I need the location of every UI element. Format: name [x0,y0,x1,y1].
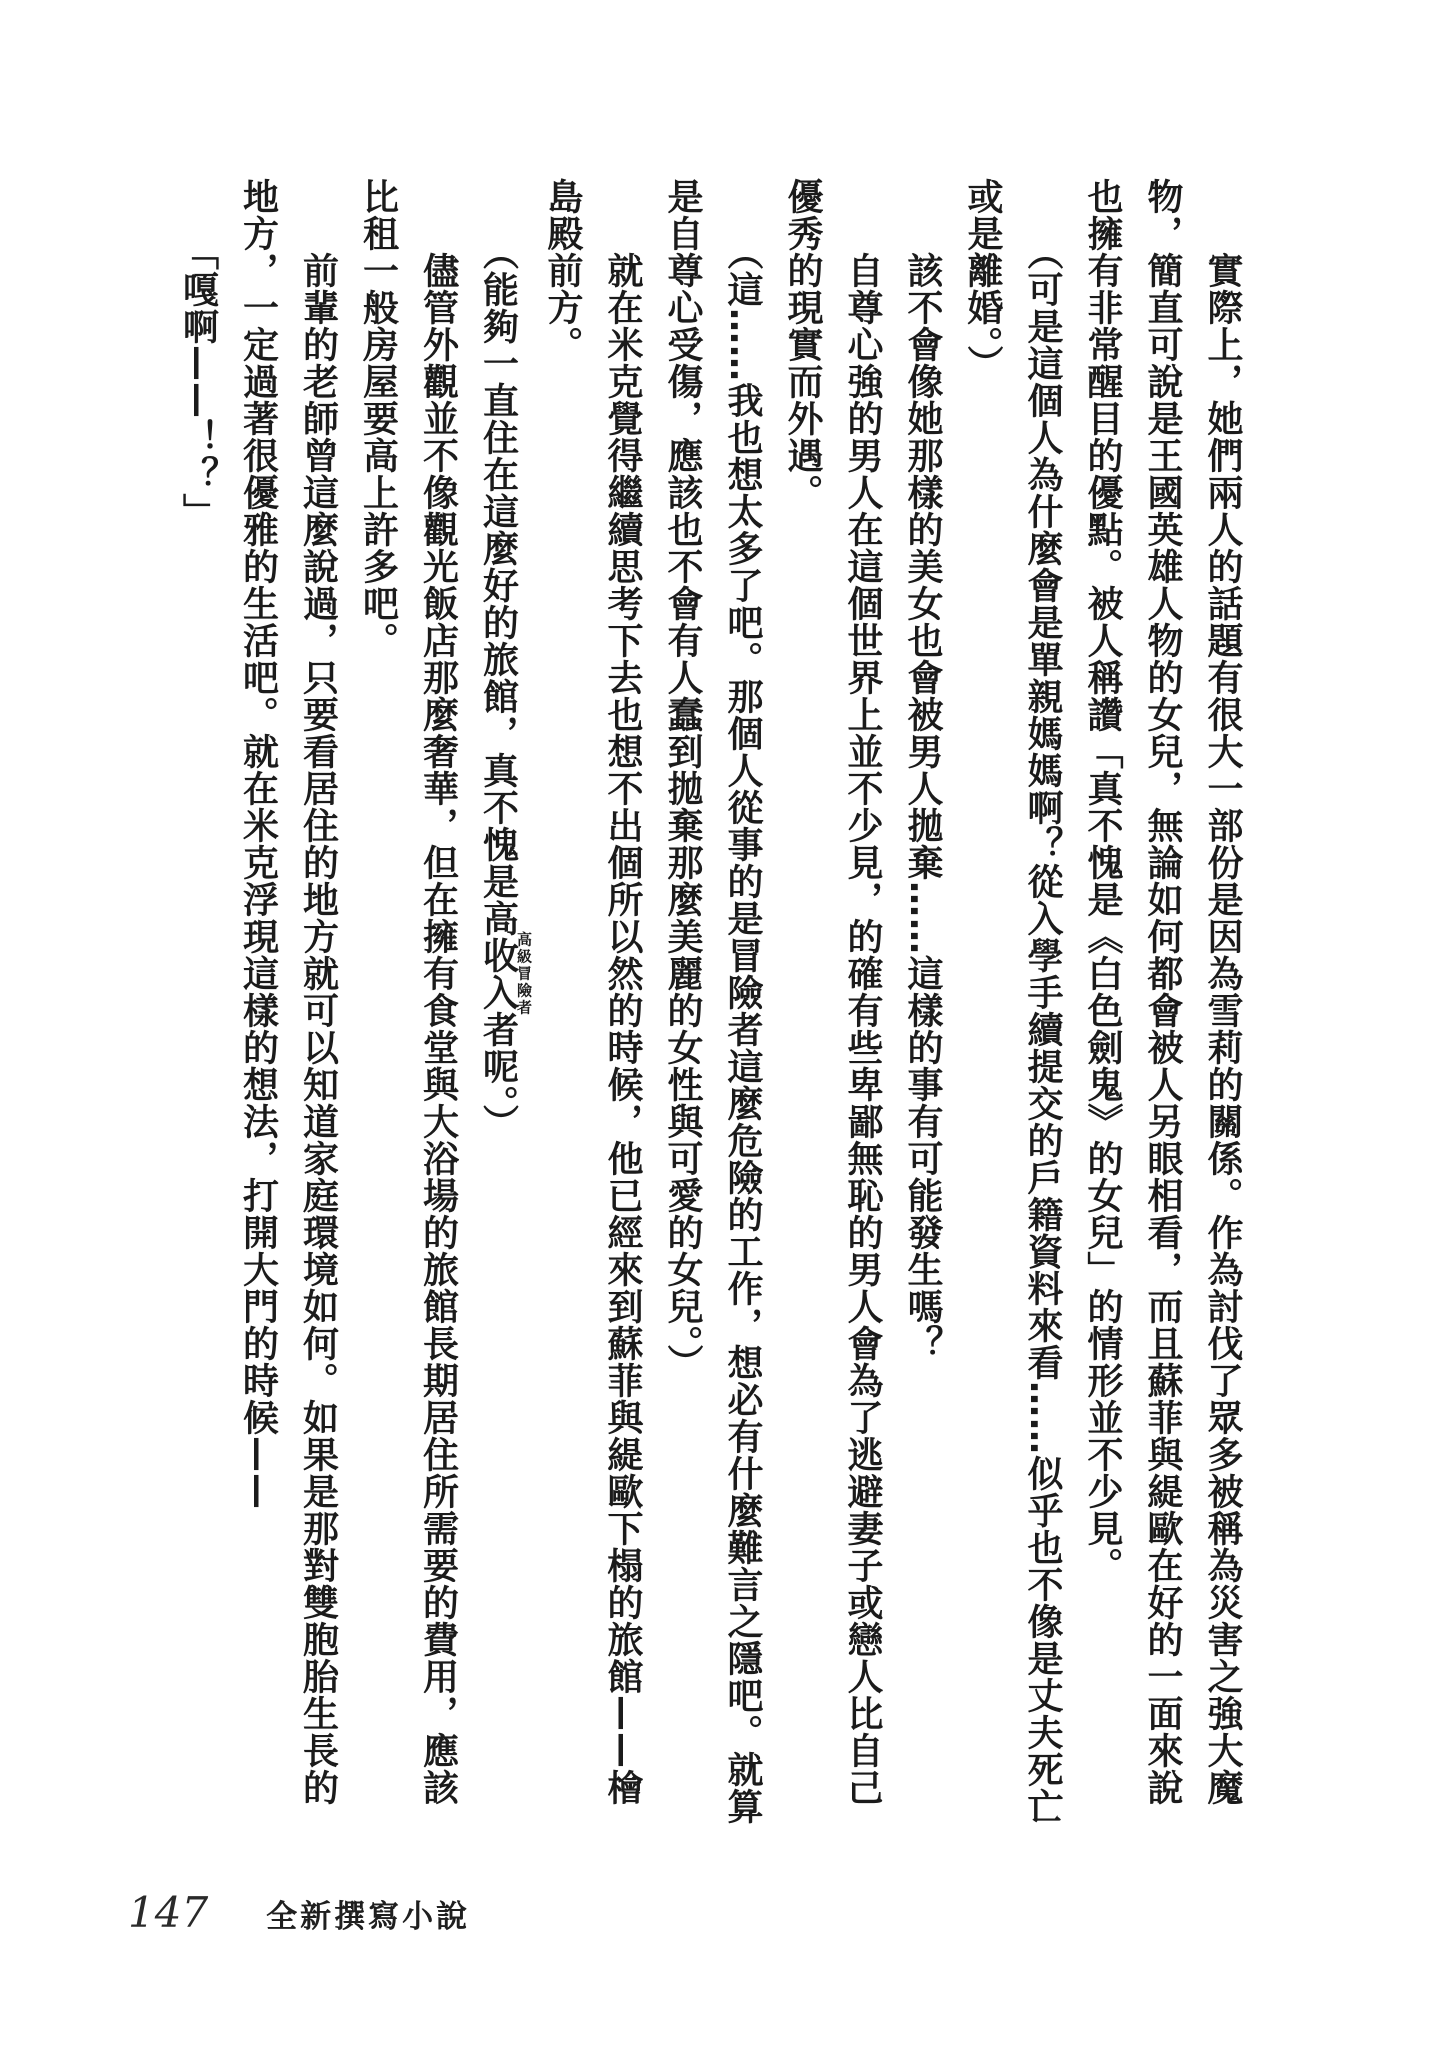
footer-section-title: 全新撰寫小說 [266,1899,470,1936]
paragraph: （可是這個人為什麼會是單親媽媽啊？從入學手續提交的戶籍資料來看……似乎也不像是丈… [952,178,1072,1826]
paragraph: 前輩的老師曾這麼說過，只要看居住的地方就可以知道家庭環境如何。如果是那對雙胞胎生… [228,178,348,1826]
paragraph: 就在米克覺得繼續思考下去也想不出個所以然的時候，他已經來到蘇菲與緹歐下榻的旅館—… [532,178,652,1826]
ruby-gloss: 高級冒險者 [515,900,533,1048]
paragraph: （能夠一直住在這麼好的旅館，真不愧是高收入者高級冒險者呢。） [468,178,533,1826]
paragraph: （這……我也想太多了吧。那個人從事的是冒險者這麼危險的工作，想必有什麼難言之隱吧… [652,178,772,1826]
paragraph: 實際上，她們兩人的話題有很大一部份是因為雪莉的關係。作為討伐了眾多被稱為災害之強… [1072,178,1252,1826]
paragraph: 儘管外觀並不像觀光飯店那麼奢華，但在擁有食堂與大浴場的旅館長期居住所需要的費用，… [348,178,468,1826]
paragraph: 「嘎啊——！？」 [168,178,228,1826]
paragraph: 該不會像她那樣的美女也會被男人拋棄……這樣的事有可能發生嗎？ [892,178,952,1826]
page-number: 147 [128,1892,208,1934]
paragraph: 自尊心強的男人在這個世界上並不少見，的確有些卑鄙無恥的男人會為了逃避妻子或戀人比… [772,178,892,1826]
book-page: 實際上，她們兩人的話題有很大一部份是因為雪莉的關係。作為討伐了眾多被稱為災害之強… [0,0,1440,2048]
page-footer: 147 全新撰寫小說 [128,1892,470,1936]
ruby-annotated-term: 高收入者高級冒險者 [478,900,519,1048]
novel-text-block: 實際上，她們兩人的話題有很大一部份是因為雪莉的關係。作為討伐了眾多被稱為災害之強… [170,178,1252,1826]
